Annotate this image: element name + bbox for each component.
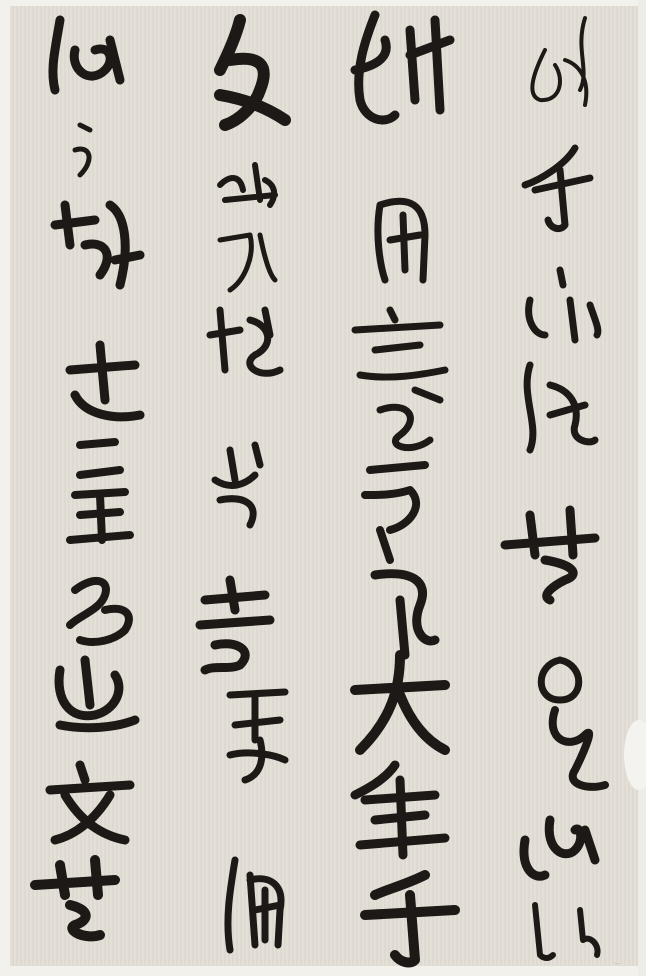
watermark-text: ... [614,960,620,966]
brush-stroke [25,850,125,950]
brush-stroke [55,340,155,430]
paper-notch [624,720,646,790]
brush-stroke [345,650,455,760]
brush-stroke [200,10,310,130]
brush-stroke [500,355,610,465]
brush-stroke [205,155,285,220]
brush-stroke [40,760,140,850]
brush-stroke [45,185,145,315]
brush-stroke [350,450,450,570]
brush-stroke [515,900,605,970]
brush-stroke [185,570,285,680]
brush-stroke [360,560,450,660]
brush-stroke [345,305,455,385]
brush-stroke [55,560,145,650]
brush-stroke [215,680,300,790]
brush-stroke [210,850,300,960]
brush-stroke [510,140,610,240]
brush-stroke [355,870,465,970]
brush-stroke [515,265,605,355]
brush-stroke [345,760,455,860]
brush-stroke [200,440,280,530]
paper-edge [638,0,646,976]
brush-stroke [505,800,605,900]
brush-stroke [525,700,615,800]
brush-stroke [340,10,460,140]
brush-stroke [505,10,605,120]
brush-stroke [30,10,130,100]
brush-stroke [200,300,290,390]
brush-stroke [365,185,445,285]
brush-stroke [45,650,145,740]
brush-stroke [495,500,615,610]
brush-stroke [205,220,285,300]
brush-stroke [60,480,140,560]
